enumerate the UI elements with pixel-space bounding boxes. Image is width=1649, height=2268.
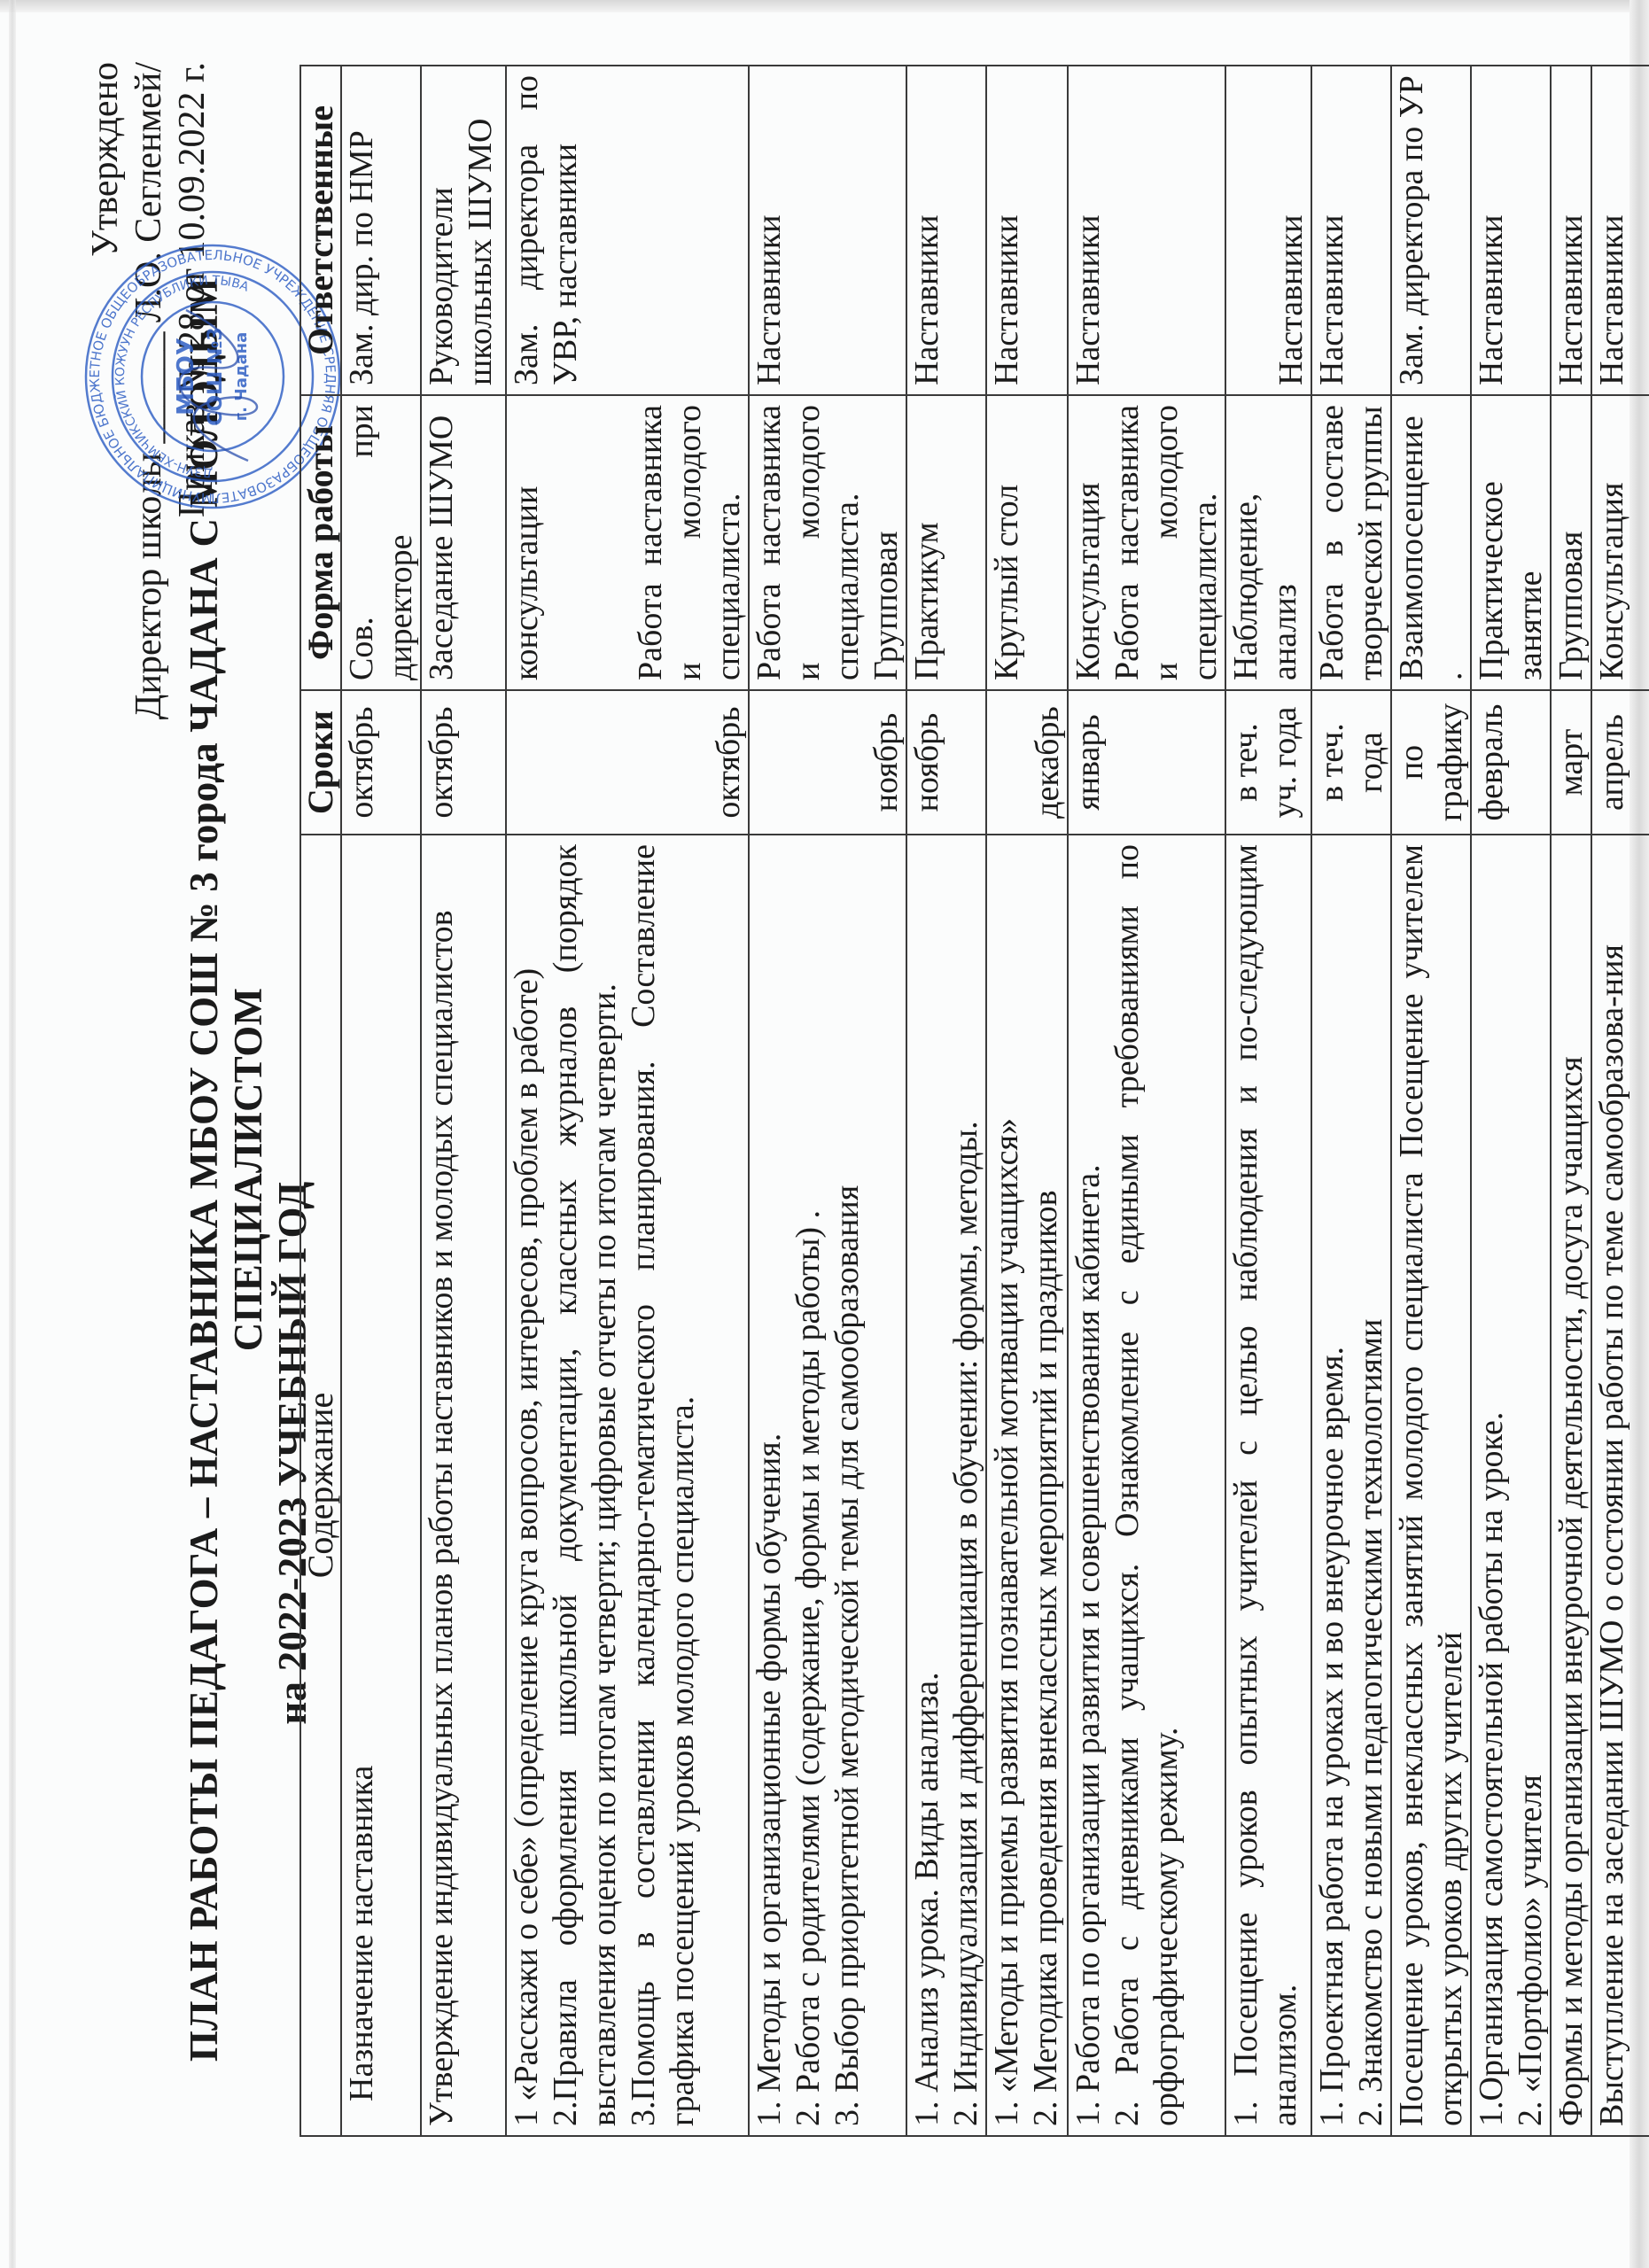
cell-form: Круглый стол [986, 395, 1068, 690]
form-line: Работа наставника и молодого специалиста… [631, 405, 748, 680]
table-row: 1. Методы и организационные формы обучен… [749, 66, 906, 2136]
cell-term: октябрь [421, 690, 506, 835]
table-row: 1. Работа по организации развития и сове… [1068, 66, 1225, 2136]
cell-term: по графику [1391, 690, 1471, 835]
cell-form: Взаимопосещение. [1391, 395, 1471, 690]
content-line: 2. Методика проведения внеклассных мероп… [1026, 844, 1065, 2126]
cell-responsible: Наставники [1225, 66, 1311, 395]
cell-content: 1. Анализ урока. Виды анализа.2. Индивид… [906, 835, 986, 2136]
content-line: 1. Методы и организационные формы обучен… [750, 844, 789, 2126]
cell-content: Назначение наставника [341, 835, 421, 2136]
cell-content: Посещение уроков, внеклассных занятий мо… [1391, 835, 1471, 2136]
form-line: Заседание ШУМО [422, 405, 461, 680]
cell-content: 1.Организация самостоятельной работы на … [1471, 835, 1551, 2136]
form-line: Консультация [1069, 405, 1108, 680]
content-line: 2. Работа с дневниками учащихся. Ознаком… [1108, 844, 1186, 2126]
header-responsible: Ответственные [300, 66, 341, 395]
cell-content: 1. «Методы и приемы развития познаватель… [986, 835, 1068, 2136]
responsible-line: Зам. директора по УР [1392, 75, 1431, 385]
content-line: 2. «Портфолио» учителя [1511, 844, 1550, 2126]
responsible-line: Зам. директора по УВР, наставники [507, 75, 585, 385]
content-line: 2. Знакомство с новыми педагогическими т… [1351, 844, 1390, 2126]
cell-term: октябрь [341, 690, 421, 835]
form-line: консультации [507, 405, 546, 680]
table-header-row: Содержание Сроки Форма работы Ответствен… [300, 66, 341, 2136]
form-line: Практикум [907, 405, 946, 680]
content-line: Выступление на заседании ШУМО о состояни… [1592, 844, 1631, 2126]
cell-responsible: Зам. директора по УВР, наставники [506, 66, 749, 395]
cell-content: Утверждение индивидуальных планов работы… [421, 835, 506, 2136]
rotated-document: Утверждено Директор школы ______ Л.О. Се… [0, 0, 1649, 2268]
form-line: Работа наставника и молодого специалиста… [1108, 405, 1225, 680]
cell-form: Работа наставника и молодого специалиста… [749, 395, 906, 690]
form-line: Сов. при директоре [342, 405, 420, 680]
table-row: 1. Посещение уроков опытных учителей с ц… [1225, 66, 1311, 2136]
cell-responsible: Наставники [749, 66, 906, 395]
cell-content: 1. Методы и организационные формы обучен… [749, 835, 906, 2136]
responsible-line: Руководители школьных ШУМО [422, 75, 500, 385]
table-row: Утверждение индивидуальных планов работы… [421, 66, 506, 2136]
form-line: Круглый стол [987, 405, 1026, 680]
table-row: 1. Анализ урока. Виды анализа.2. Индивид… [906, 66, 986, 2136]
table-row: Посещение уроков, внеклассных занятий мо… [1391, 66, 1471, 2136]
content-line: Назначение наставника [342, 844, 381, 2126]
cell-term: в теч. года [1311, 690, 1391, 835]
content-line: Утверждение индивидуальных планов работы… [422, 844, 461, 2126]
responsible-line: Наставники [907, 75, 946, 385]
responsible-line: Наставники [1312, 75, 1351, 385]
content-line: 2.Правила оформления школьной документац… [546, 844, 624, 2126]
content-line: 1. Посещение уроков опытных учителей с ц… [1226, 844, 1304, 2126]
form-line: Взаимопосещение [1392, 405, 1431, 680]
header-content: Содержание [300, 835, 341, 2136]
form-line: Групповая [867, 405, 906, 680]
content-line: 1. Анализ урока. Виды анализа. [907, 844, 946, 2126]
content-line: Посещение уроков, внеклассных занятий мо… [1392, 844, 1470, 2126]
responsible-line: Наставники [1069, 75, 1108, 385]
form-line: Работа наставника и молодого специалиста… [750, 405, 867, 680]
table-row: Выступление на заседании ШУМО о состояни… [1591, 66, 1649, 2136]
table-row: 1. «Методы и приемы развития познаватель… [986, 66, 1068, 2136]
header-term: Сроки [300, 690, 341, 835]
content-line: 2. Индивидуализация и дифференциация в о… [946, 844, 985, 2126]
responsible-line: Наставники [1552, 75, 1591, 385]
header-form: Форма работы [300, 395, 341, 690]
table-row: 1.Организация самостоятельной работы на … [1471, 66, 1551, 2136]
cell-form: консультацииРабота наставника и молодого… [506, 395, 749, 690]
cell-responsible: Наставники [1471, 66, 1551, 395]
cell-term: ноябрь [749, 690, 906, 835]
cell-form: Практикум [906, 395, 986, 690]
cell-form: Практическое занятие [1471, 395, 1551, 690]
cell-content: Выступление на заседании ШУМО о состояни… [1591, 835, 1649, 2136]
cell-content: Формы и методы организации внеурочной де… [1551, 835, 1591, 2136]
cell-term: в теч. уч. года [1225, 690, 1311, 835]
svg-text:г. Чадана: г. Чадана [232, 332, 251, 421]
title-line-1: ПЛАН РАБОТЫ ПЕДАГОГА – НАСТАВНИКА МБОУ С… [182, 239, 270, 2100]
responsible-line: Наставники [987, 75, 1026, 385]
form-line: . [1431, 405, 1470, 680]
content-line: 1 «Расскажи о себе» (определение круга в… [507, 844, 546, 2126]
cell-term: март [1551, 690, 1591, 835]
form-line: Наблюдение, анализ [1226, 405, 1304, 680]
content-line: 3.Помощь в составлении календарно-темати… [624, 844, 702, 2126]
cell-term: апрель [1591, 690, 1649, 835]
cell-form: КонсультацияРабота наставника и молодого… [1068, 395, 1225, 690]
cell-responsible: Руководители школьных ШУМО [421, 66, 506, 395]
form-line: Практическое занятие [1472, 405, 1550, 680]
cell-responsible: Наставники [1311, 66, 1391, 395]
responsible-line: Наставники [1592, 75, 1631, 385]
scanned-page: Утверждено Директор школы ______ Л.О. Се… [0, 0, 1649, 2268]
mentoring-plan-table: Содержание Сроки Форма работы Ответствен… [299, 65, 1649, 2137]
form-line: Работа в составе творческой группы [1312, 405, 1390, 680]
cell-form: Групповая [1551, 395, 1591, 690]
table-row: Формы и методы организации внеурочной де… [1551, 66, 1591, 2136]
cell-content: 1. Работа по организации развития и сове… [1068, 835, 1225, 2136]
content-line: 1. «Методы и приемы развития познаватель… [987, 844, 1026, 2126]
form-line: Групповая [1552, 405, 1591, 680]
document-title: ПЛАН РАБОТЫ ПЕДАГОГА – НАСТАВНИКА МБОУ С… [182, 239, 315, 2100]
cell-form: Сов. при директоре [341, 395, 421, 690]
content-line: 1. Проектная работа на уроках и во внеур… [1312, 844, 1351, 2126]
content-line: Формы и методы организации внеурочной де… [1552, 844, 1591, 2126]
table-row: 1 «Расскажи о себе» (определение круга в… [506, 66, 749, 2136]
cell-form: Консультация [1591, 395, 1649, 690]
cell-content: 1. Посещение уроков опытных учителей с ц… [1225, 835, 1311, 2136]
cell-term: декабрь [986, 690, 1068, 835]
cell-responsible: Наставники [906, 66, 986, 395]
content-line: 1. Работа по организации развития и сове… [1069, 844, 1108, 2126]
cell-form: Заседание ШУМО [421, 395, 506, 690]
cell-responsible: Наставники [1068, 66, 1225, 395]
cell-term: ноябрь [906, 690, 986, 835]
form-line: Консультация [1592, 405, 1631, 680]
table-row: 1. Проектная работа на уроках и во внеур… [1311, 66, 1391, 2136]
responsible-line: Наставники [1472, 75, 1511, 385]
cell-form: Работа в составе творческой группы [1311, 395, 1391, 690]
cell-term: октябрь [506, 690, 749, 835]
cell-responsible: Наставники [1591, 66, 1649, 395]
cell-content: 1 «Расскажи о себе» (определение круга в… [506, 835, 749, 2136]
responsible-line: Зам. дир. по НМР [342, 75, 381, 385]
content-line: 2. Работа с родителями (содержание, форм… [789, 844, 828, 2126]
responsible-line: Наставники [1272, 75, 1311, 385]
cell-responsible: Наставники [986, 66, 1068, 395]
cell-term: февраль [1471, 690, 1551, 835]
responsible-line: Наставники [750, 75, 789, 385]
table-row: Назначение наставникаоктябрьСов. при дир… [341, 66, 421, 2136]
content-line: 3. Выбор приоритетной методической темы … [828, 844, 867, 2126]
svg-text:МБОУ: МБОУ [173, 338, 199, 416]
cell-responsible: Наставники [1551, 66, 1591, 395]
cell-responsible: Зам. дир. по НМР [341, 66, 421, 395]
cell-term: январь [1068, 690, 1225, 835]
content-line: 1.Организация самостоятельной работы на … [1472, 844, 1511, 2126]
cell-content: 1. Проектная работа на уроках и во внеур… [1311, 835, 1391, 2136]
cell-form: Наблюдение, анализ [1225, 395, 1311, 690]
cell-responsible: Зам. директора по УР [1391, 66, 1471, 395]
